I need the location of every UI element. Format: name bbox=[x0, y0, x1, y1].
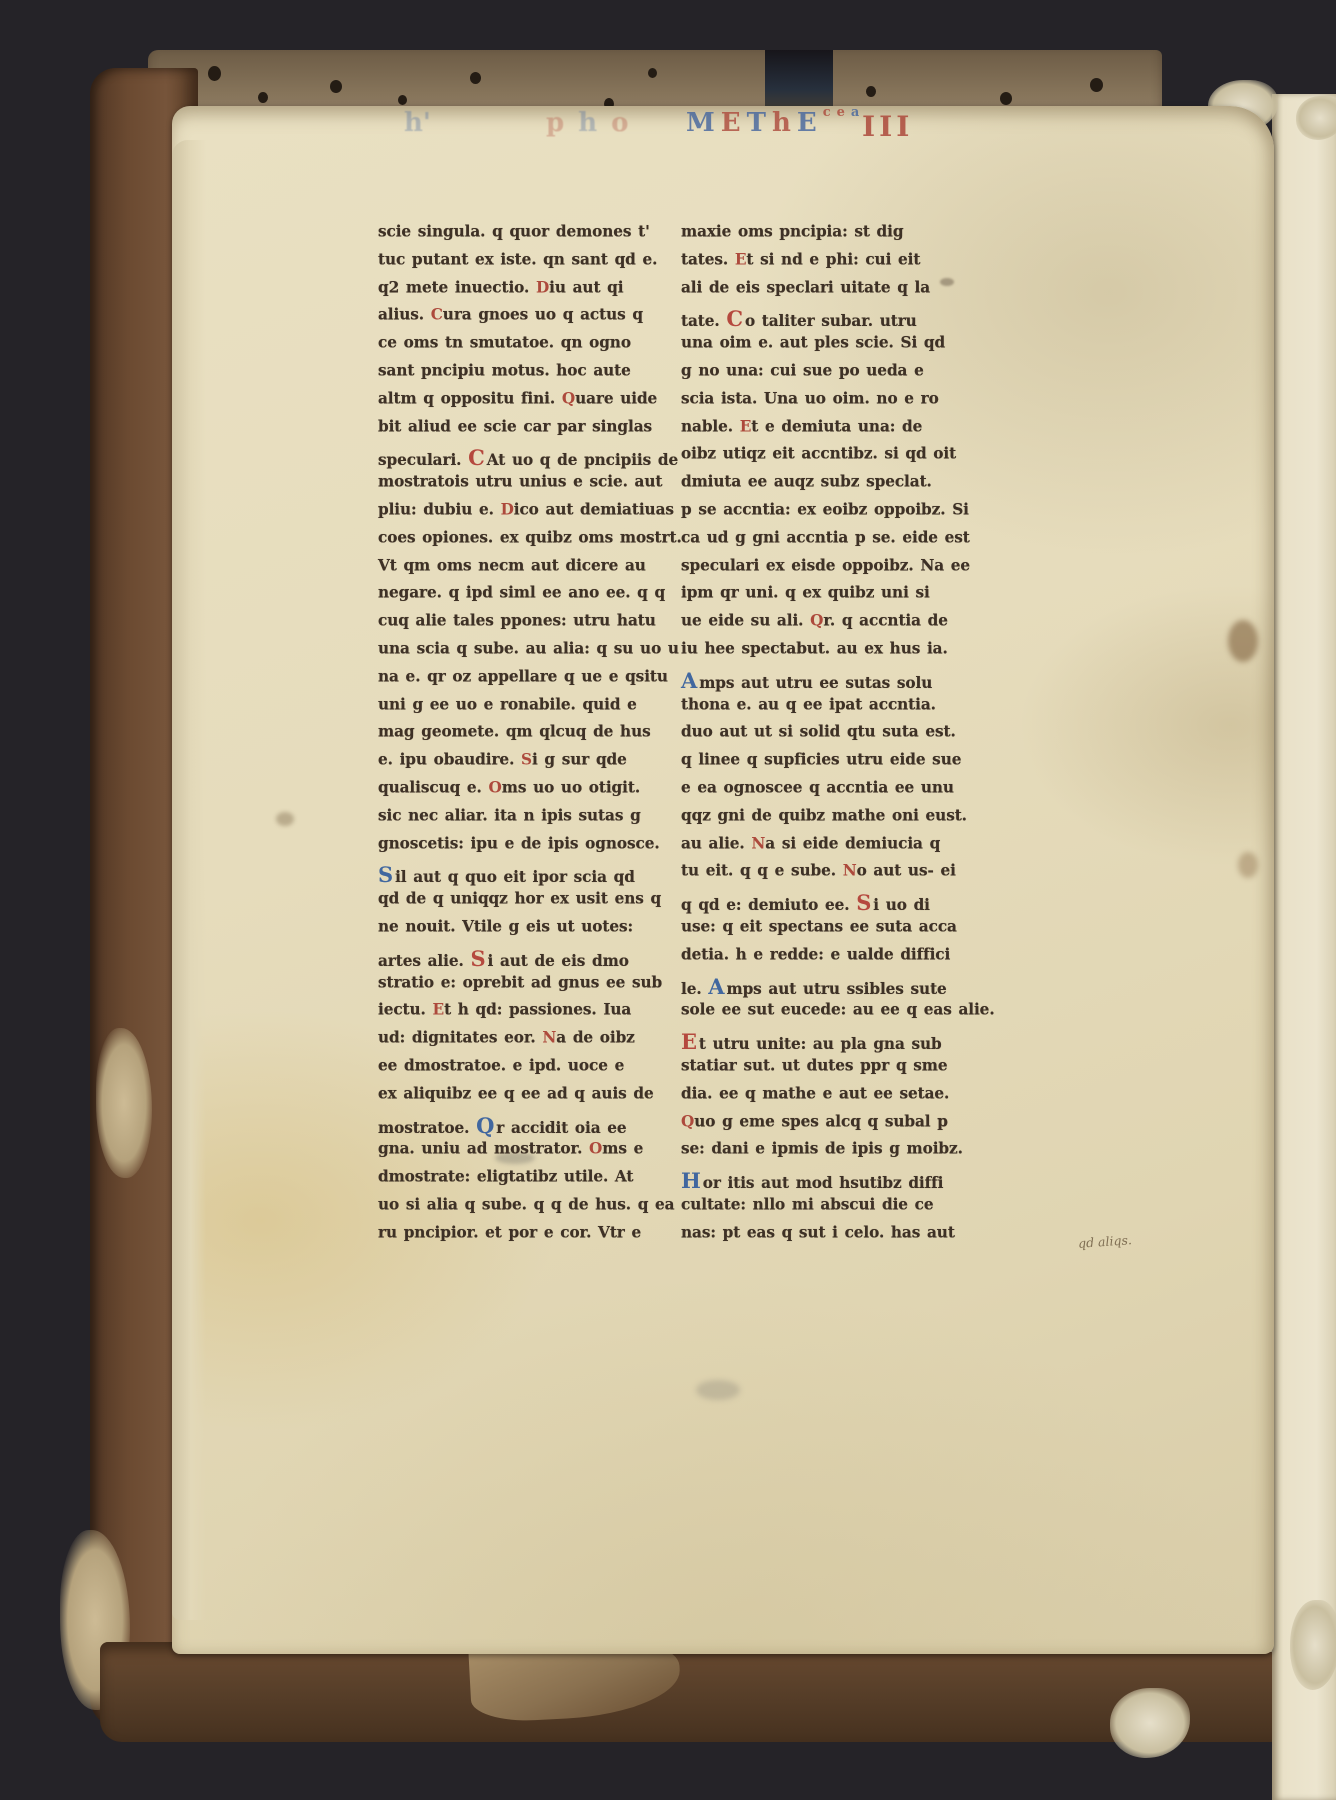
line-segment: r. q accntia de bbox=[823, 611, 948, 630]
line-segment: D bbox=[536, 278, 549, 297]
line-segment: iectu. bbox=[378, 1000, 433, 1019]
line-segment: ali de eis speclari uitate q la bbox=[681, 278, 930, 297]
paraph-initial: E bbox=[681, 1028, 697, 1054]
wormhole bbox=[1000, 92, 1012, 105]
manuscript-line: artes alie. Si aut de eis dmo bbox=[378, 945, 658, 974]
manuscript-line: ali de eis speclari uitate q la bbox=[681, 278, 965, 307]
wormhole bbox=[866, 86, 876, 97]
line-segment: sant pncipiu motus. hoc aute bbox=[378, 361, 631, 380]
manuscript-line: dmostrate: eligtatibz utile. At bbox=[378, 1167, 658, 1196]
line-segment: r accidit oia ee bbox=[496, 1118, 626, 1137]
paraph-initial: S bbox=[856, 889, 871, 915]
manuscript-line: negare. q ipd siml ee ano ee. q q bbox=[378, 583, 658, 612]
manuscript-line: tates. Et si nd e phi: cui eit bbox=[681, 250, 965, 279]
line-segment: q2 mete inuectio. bbox=[378, 278, 536, 297]
line-segment: una oim e. aut ples scie. Si qd bbox=[681, 333, 945, 352]
manuscript-line: tuc putant ex iste. qn sant qd e. bbox=[378, 250, 658, 279]
line-segment: una scia q sube. au alia: q su uo u bbox=[378, 639, 679, 658]
line-segment: tuc putant ex iste. qn sant qd e. bbox=[378, 250, 657, 269]
manuscript-line: tu eit. q q e sube. No aut us- ei bbox=[681, 861, 965, 890]
manuscript-line: una scia q sube. au alia: q su uo u bbox=[378, 639, 658, 668]
paraph-initial: C bbox=[726, 305, 743, 331]
header-letter: T bbox=[747, 110, 772, 136]
line-segment: t si nd e phi: cui eit bbox=[746, 250, 920, 269]
line-segment: alius. bbox=[378, 305, 431, 324]
manuscript-line: ud: dignitates eor. Na de oibz bbox=[378, 1028, 658, 1057]
manuscript-line: au alie. Na si eide demiucia q bbox=[681, 834, 965, 863]
line-segment: pliu: dubiu e. bbox=[378, 500, 501, 519]
manuscript-line: Sil aut q quo eit ipor scia qd bbox=[378, 861, 658, 890]
manuscript-line: gna. uniu ad mostrator. Oms e bbox=[378, 1139, 658, 1168]
manuscript-line: Amps aut utru ee sutas solu bbox=[681, 667, 965, 696]
manuscript-line: Quo g eme spes alcq q subal p bbox=[681, 1112, 965, 1141]
line-segment: Vt qm oms necm aut dicere au bbox=[378, 556, 646, 575]
manuscript-line: q qd e: demiuto ee. Si uo di bbox=[681, 889, 965, 918]
manuscript-line: cultate: nllo mi abscui die ce bbox=[681, 1195, 965, 1224]
line-segment: i uo di bbox=[873, 895, 930, 914]
line-segment: artes alie. bbox=[378, 951, 470, 970]
manuscript-line: e ea ognoscee q accntia ee unu bbox=[681, 778, 965, 807]
line-segment: na e. qr oz appellare q ue e qsitu bbox=[378, 667, 668, 686]
line-segment: o taliter subar. utru bbox=[745, 312, 917, 331]
manuscript-line: pliu: dubiu e. Dico aut demiatiuas bbox=[378, 500, 658, 529]
line-segment: tu eit. q q e sube. bbox=[681, 861, 843, 880]
line-segment: E bbox=[433, 1000, 445, 1019]
paraph-initial: C bbox=[468, 444, 485, 470]
line-segment: statiar sut. ut dutes ppr q sme bbox=[681, 1056, 948, 1075]
header-book-number: III bbox=[862, 110, 913, 143]
manuscript-line: qd de q uniqqz hor ex usit ens q bbox=[378, 889, 658, 918]
wormhole bbox=[470, 72, 481, 84]
line-segment: cuq alie tales ppones: utru hatu bbox=[378, 611, 656, 630]
line-segment: ue eide su ali. bbox=[681, 611, 810, 630]
parchment-fray bbox=[1290, 1600, 1336, 1690]
line-segment: p se accntia: ex eoibz oppoibz. Si bbox=[681, 500, 969, 519]
manuscript-photograph: h' pho METhEcea III scie singula. q quor… bbox=[0, 0, 1336, 1800]
line-segment: mostratois utru unius e scie. aut bbox=[378, 472, 662, 491]
stain bbox=[696, 1380, 740, 1400]
wormhole bbox=[648, 68, 657, 78]
line-segment: scie singula. q quor demones t' bbox=[378, 222, 650, 241]
line-segment: qualiscuq e. bbox=[378, 778, 489, 797]
line-segment: t h qd: passiones. Iua bbox=[444, 1000, 631, 1019]
manuscript-line: le. Amps aut utru ssibles sute bbox=[681, 973, 965, 1002]
manuscript-line: ce oms tn smutatoe. qn ogno bbox=[378, 333, 658, 362]
line-segment: tates. bbox=[681, 250, 735, 269]
paraph-initial: A bbox=[681, 667, 697, 693]
line-segment: At uo q de pncipiis de bbox=[487, 451, 678, 470]
line-segment: ne nouit. Vtile g eis ut uotes: bbox=[378, 917, 633, 936]
manuscript-line: maxie oms pncipia: st dig bbox=[681, 222, 965, 251]
line-segment: nable. bbox=[681, 417, 740, 436]
line-segment: ru pncipior. et por e cor. Vtr e bbox=[378, 1223, 641, 1242]
manuscript-line: mostratoe. Qr accidit oia ee bbox=[378, 1112, 658, 1141]
line-segment: iu aut qi bbox=[549, 278, 623, 297]
line-segment: ex aliquibz ee q ee ad q auis de bbox=[378, 1084, 654, 1103]
line-segment: uo si alia q sube. q q de hus. q ea bbox=[378, 1195, 674, 1214]
line-segment: tate. bbox=[681, 312, 726, 331]
line-segment: scia ista. Una uo oim. no e ro bbox=[681, 389, 939, 408]
manuscript-line: stratio e: oprebit ad gnus ee sub bbox=[378, 973, 658, 1002]
manuscript-line: una oim e. aut ples scie. Si qd bbox=[681, 333, 965, 362]
manuscript-line: speculari. CAt uo q de pncipiis de bbox=[378, 444, 658, 473]
line-segment: i aut de eis dmo bbox=[488, 951, 629, 970]
line-segment: ico aut demiatiuas bbox=[514, 500, 674, 519]
line-segment: ca ud g gni accntia p se. eide est bbox=[681, 528, 970, 547]
header-letter: M bbox=[686, 110, 721, 136]
manuscript-line: ex aliquibz ee q ee ad q auis de bbox=[378, 1084, 658, 1113]
line-segment: q linee q supficies utru eide sue bbox=[681, 750, 961, 769]
line-segment: iu hee spectabut. au ex hus ia. bbox=[681, 639, 948, 658]
line-segment: qqz gni de quibz mathe oni eust. bbox=[681, 806, 967, 825]
line-segment: o aut us- ei bbox=[857, 861, 956, 880]
line-segment: oibz utiqz eit accntibz. si qd oit bbox=[681, 444, 956, 463]
manuscript-line: iectu. Et h qd: passiones. Iua bbox=[378, 1000, 658, 1029]
manuscript-line: duo aut ut si solid qtu suta est. bbox=[681, 722, 965, 751]
line-segment: altm q oppositu fini. bbox=[378, 389, 562, 408]
header-title-metaphysics: METhEcea bbox=[686, 110, 865, 136]
manuscript-line: statiar sut. ut dutes ppr q sme bbox=[681, 1056, 965, 1085]
line-segment: bit aliud ee scie car par singlas bbox=[378, 417, 652, 436]
line-segment: sic nec aliar. ita n ipis sutas g bbox=[378, 806, 641, 825]
line-segment: thona e. au q ee ipat accntia. bbox=[681, 695, 936, 714]
line-segment: maxie oms pncipia: st dig bbox=[681, 222, 903, 241]
manuscript-line: altm q oppositu fini. Quare uide bbox=[378, 389, 658, 418]
page-left-margin-stack bbox=[172, 140, 206, 1620]
manuscript-line: uo si alia q sube. q q de hus. q ea bbox=[378, 1195, 658, 1224]
manuscript-line: ru pncipior. et por e cor. Vtr e bbox=[378, 1223, 658, 1252]
manuscript-line: coes opiones. ex quibz oms mostrt. bbox=[378, 528, 658, 557]
line-segment: nas: pt eas q sut i celo. has aut bbox=[681, 1223, 955, 1242]
line-segment: mostratoe. bbox=[378, 1118, 476, 1137]
stain bbox=[1238, 852, 1258, 878]
line-segment: il aut q quo eit ipor scia qd bbox=[395, 868, 635, 887]
line-segment: au alie. bbox=[681, 834, 751, 853]
line-segment: e ea ognoscee q accntia ee unu bbox=[681, 778, 954, 797]
manuscript-line: Hor itis aut mod hsutibz diffi bbox=[681, 1167, 965, 1196]
line-segment: ee dmostratoe. e ipd. uoce e bbox=[378, 1056, 624, 1075]
manuscript-line: scie singula. q quor demones t' bbox=[378, 222, 658, 251]
line-segment: uni g ee uo e ronabile. quid e bbox=[378, 695, 637, 714]
line-segment: ud: dignitates eor. bbox=[378, 1028, 542, 1047]
line-segment: i g sur qde bbox=[532, 750, 627, 769]
line-segment: g no una: cui sue po ueda e bbox=[681, 361, 924, 380]
manuscript-line: mostratois utru unius e scie. aut bbox=[378, 472, 658, 501]
manuscript-line: scia ista. Una uo oim. no e ro bbox=[681, 389, 965, 418]
line-segment: Q bbox=[681, 1112, 694, 1131]
line-segment: sole ee sut eucede: au ee q eas alie. bbox=[681, 1000, 995, 1019]
manuscript-line: ue eide su ali. Qr. q accntia de bbox=[681, 611, 965, 640]
line-segment: ce oms tn smutatoe. qn ogno bbox=[378, 333, 631, 352]
manuscript-line: thona e. au q ee ipat accntia. bbox=[681, 695, 965, 724]
manuscript-line: use: q eit spectans ee suta acca bbox=[681, 917, 965, 946]
parchment-fray bbox=[1110, 1688, 1190, 1758]
line-segment: or itis aut mod hsutibz diffi bbox=[703, 1173, 944, 1192]
manuscript-line: ee dmostratoe. e ipd. uoce e bbox=[378, 1056, 658, 1085]
line-segment: mps aut utru ssibles sute bbox=[727, 979, 947, 998]
manuscript-line: qqz gni de quibz mathe oni eust. bbox=[681, 806, 965, 835]
manuscript-line: ipm qr uni. q ex quibz uni si bbox=[681, 583, 965, 612]
paraph-initial: S bbox=[470, 945, 485, 971]
header-letter: p bbox=[546, 110, 578, 136]
line-segment: dia. ee q mathe e aut ee setae. bbox=[681, 1084, 949, 1103]
line-segment: O bbox=[489, 778, 502, 797]
manuscript-line: se: dani e ipmis de ipis g moibz. bbox=[681, 1139, 965, 1168]
manuscript-line: alius. Cura gnoes uo q actus q bbox=[378, 305, 658, 334]
paraph-initial: Q bbox=[476, 1112, 494, 1138]
manuscript-line: bit aliud ee scie car par singlas bbox=[378, 417, 658, 446]
line-segment: uare uide bbox=[575, 389, 657, 408]
manuscript-line: cuq alie tales ppones: utru hatu bbox=[378, 611, 658, 640]
manuscript-line: speculari ex eisde oppoibz. Na ee bbox=[681, 556, 965, 585]
line-segment: E bbox=[740, 417, 752, 436]
manuscript-line: p se accntia: ex eoibz oppoibz. Si bbox=[681, 500, 965, 529]
facing-leaf-edge bbox=[1272, 94, 1336, 1800]
line-segment: duo aut ut si solid qtu suta est. bbox=[681, 722, 956, 741]
line-segment: gnoscetis: ipu e de ipis ognosce. bbox=[378, 834, 660, 853]
header-letter: ce bbox=[823, 106, 851, 119]
line-segment: mps aut utru ee sutas solu bbox=[699, 673, 932, 692]
line-segment: N bbox=[542, 1028, 556, 1047]
line-segment: coes opiones. ex quibz oms mostrt. bbox=[378, 528, 682, 547]
running-header: h' pho METhEcea III bbox=[356, 104, 936, 162]
header-letter: h' bbox=[404, 110, 431, 136]
manuscript-line: qualiscuq e. Oms uo uo otigit. bbox=[378, 778, 658, 807]
manuscript-line: na e. qr oz appellare q ue e qsitu bbox=[378, 667, 658, 696]
line-segment: e. ipu obaudire. bbox=[378, 750, 521, 769]
line-segment: se: dani e ipmis de ipis g moibz. bbox=[681, 1139, 963, 1158]
line-segment: a de oibz bbox=[556, 1028, 635, 1047]
line-segment: dmostrate: eligtatibz utile. At bbox=[378, 1167, 633, 1186]
manuscript-line: sic nec aliar. ita n ipis sutas g bbox=[378, 806, 658, 835]
stain bbox=[1228, 620, 1258, 662]
line-segment: O bbox=[589, 1139, 602, 1158]
line-segment: qd de q uniqqz hor ex usit ens q bbox=[378, 889, 661, 908]
line-segment: Q bbox=[562, 389, 575, 408]
paraph-initial: A bbox=[708, 973, 724, 999]
line-segment: ms e bbox=[602, 1139, 643, 1158]
line-segment: C bbox=[431, 305, 443, 324]
header-letter: o bbox=[611, 110, 642, 136]
line-segment: mag geomete. qm qlcuq de hus bbox=[378, 722, 651, 741]
line-segment: Q bbox=[810, 611, 823, 630]
manuscript-line: q linee q supficies utru eide sue bbox=[681, 750, 965, 779]
manuscript-line: tate. Co taliter subar. utru bbox=[681, 305, 965, 334]
wormhole bbox=[208, 66, 221, 81]
header-letter: E bbox=[721, 110, 747, 136]
line-segment: dmiuta ee auqz subz speclat. bbox=[681, 472, 932, 491]
line-segment: detia. h e redde: e ualde diffici bbox=[681, 945, 950, 964]
line-segment: a si eide demiucia q bbox=[765, 834, 940, 853]
manuscript-line: g no una: cui sue po ueda e bbox=[681, 361, 965, 390]
text-column-left: scie singula. q quor demones t'tuc putan… bbox=[378, 222, 658, 1250]
line-segment: gna. uniu ad mostrator. bbox=[378, 1139, 589, 1158]
line-segment: t utru unite: au pla gna sub bbox=[699, 1034, 942, 1053]
manuscript-line: q2 mete inuectio. Diu aut qi bbox=[378, 278, 658, 307]
manuscript-line: mag geomete. qm qlcuq de hus bbox=[378, 722, 658, 751]
line-segment: t e demiuta una: de bbox=[751, 417, 922, 436]
line-segment: ms uo uo otigit. bbox=[502, 778, 640, 797]
header-letter: E bbox=[797, 110, 823, 136]
line-segment: N bbox=[751, 834, 765, 853]
manuscript-line: sole ee sut eucede: au ee q eas alie. bbox=[681, 1000, 965, 1029]
manuscript-line: ne nouit. Vtile g eis ut uotes: bbox=[378, 917, 658, 946]
header-letter: h bbox=[578, 110, 611, 136]
paraph-initial: H bbox=[681, 1167, 701, 1193]
manuscript-line: dia. ee q mathe e aut ee setae. bbox=[681, 1084, 965, 1113]
manuscript-line: uni g ee uo e ronabile. quid e bbox=[378, 695, 658, 724]
header-letter: h bbox=[772, 110, 797, 136]
line-segment: use: q eit spectans ee suta acca bbox=[681, 917, 957, 936]
wormhole bbox=[258, 92, 268, 103]
manuscript-line: Vt qm oms necm aut dicere au bbox=[378, 556, 658, 585]
line-segment: negare. q ipd siml ee ano ee. q q bbox=[378, 583, 665, 602]
manuscript-line: sant pncipiu motus. hoc aute bbox=[378, 361, 658, 390]
manuscript-line: detia. h e redde: e ualde diffici bbox=[681, 945, 965, 974]
header-faded-mark: h' bbox=[404, 110, 431, 136]
manuscript-line: oibz utiqz eit accntibz. si qd oit bbox=[681, 444, 965, 473]
wormhole bbox=[1090, 78, 1103, 92]
header-faded-letters: pho bbox=[546, 110, 642, 136]
line-segment: cultate: nllo mi abscui die ce bbox=[681, 1195, 934, 1214]
manuscript-line: ca ud g gni accntia p se. eide est bbox=[681, 528, 965, 557]
manuscript-line: Et utru unite: au pla gna sub bbox=[681, 1028, 965, 1057]
line-segment: E bbox=[735, 250, 747, 269]
stain bbox=[276, 812, 294, 826]
book-number-numeral: III bbox=[862, 110, 913, 143]
line-segment: q qd e: demiuto ee. bbox=[681, 895, 856, 914]
line-segment: ipm qr uni. q ex quibz uni si bbox=[681, 583, 930, 602]
line-segment: speculari ex eisde oppoibz. Na ee bbox=[681, 556, 970, 575]
parchment-fray bbox=[1296, 96, 1336, 140]
manuscript-line: nable. Et e demiuta una: de bbox=[681, 417, 965, 446]
manuscript-line: nas: pt eas q sut i celo. has aut bbox=[681, 1223, 965, 1252]
paraph-initial: S bbox=[378, 861, 393, 887]
manuscript-line: dmiuta ee auqz subz speclat. bbox=[681, 472, 965, 501]
line-segment: speculari. bbox=[378, 451, 468, 470]
text-column-right: maxie oms pncipia: st digtates. Et si nd… bbox=[681, 222, 965, 1250]
line-segment: le. bbox=[681, 979, 708, 998]
line-segment: D bbox=[501, 500, 514, 519]
manuscript-line: gnoscetis: ipu e de ipis ognosce. bbox=[378, 834, 658, 863]
manuscript-line: iu hee spectabut. au ex hus ia. bbox=[681, 639, 965, 668]
line-segment: ura gnoes uo q actus q bbox=[443, 305, 643, 324]
line-segment: S bbox=[521, 750, 532, 769]
manuscript-line: e. ipu obaudire. Si g sur qde bbox=[378, 750, 658, 779]
line-segment: uo g eme spes alcq q subal p bbox=[694, 1112, 948, 1131]
line-segment: N bbox=[843, 861, 857, 880]
line-segment: stratio e: oprebit ad gnus ee sub bbox=[378, 973, 662, 992]
wormhole bbox=[330, 80, 342, 93]
